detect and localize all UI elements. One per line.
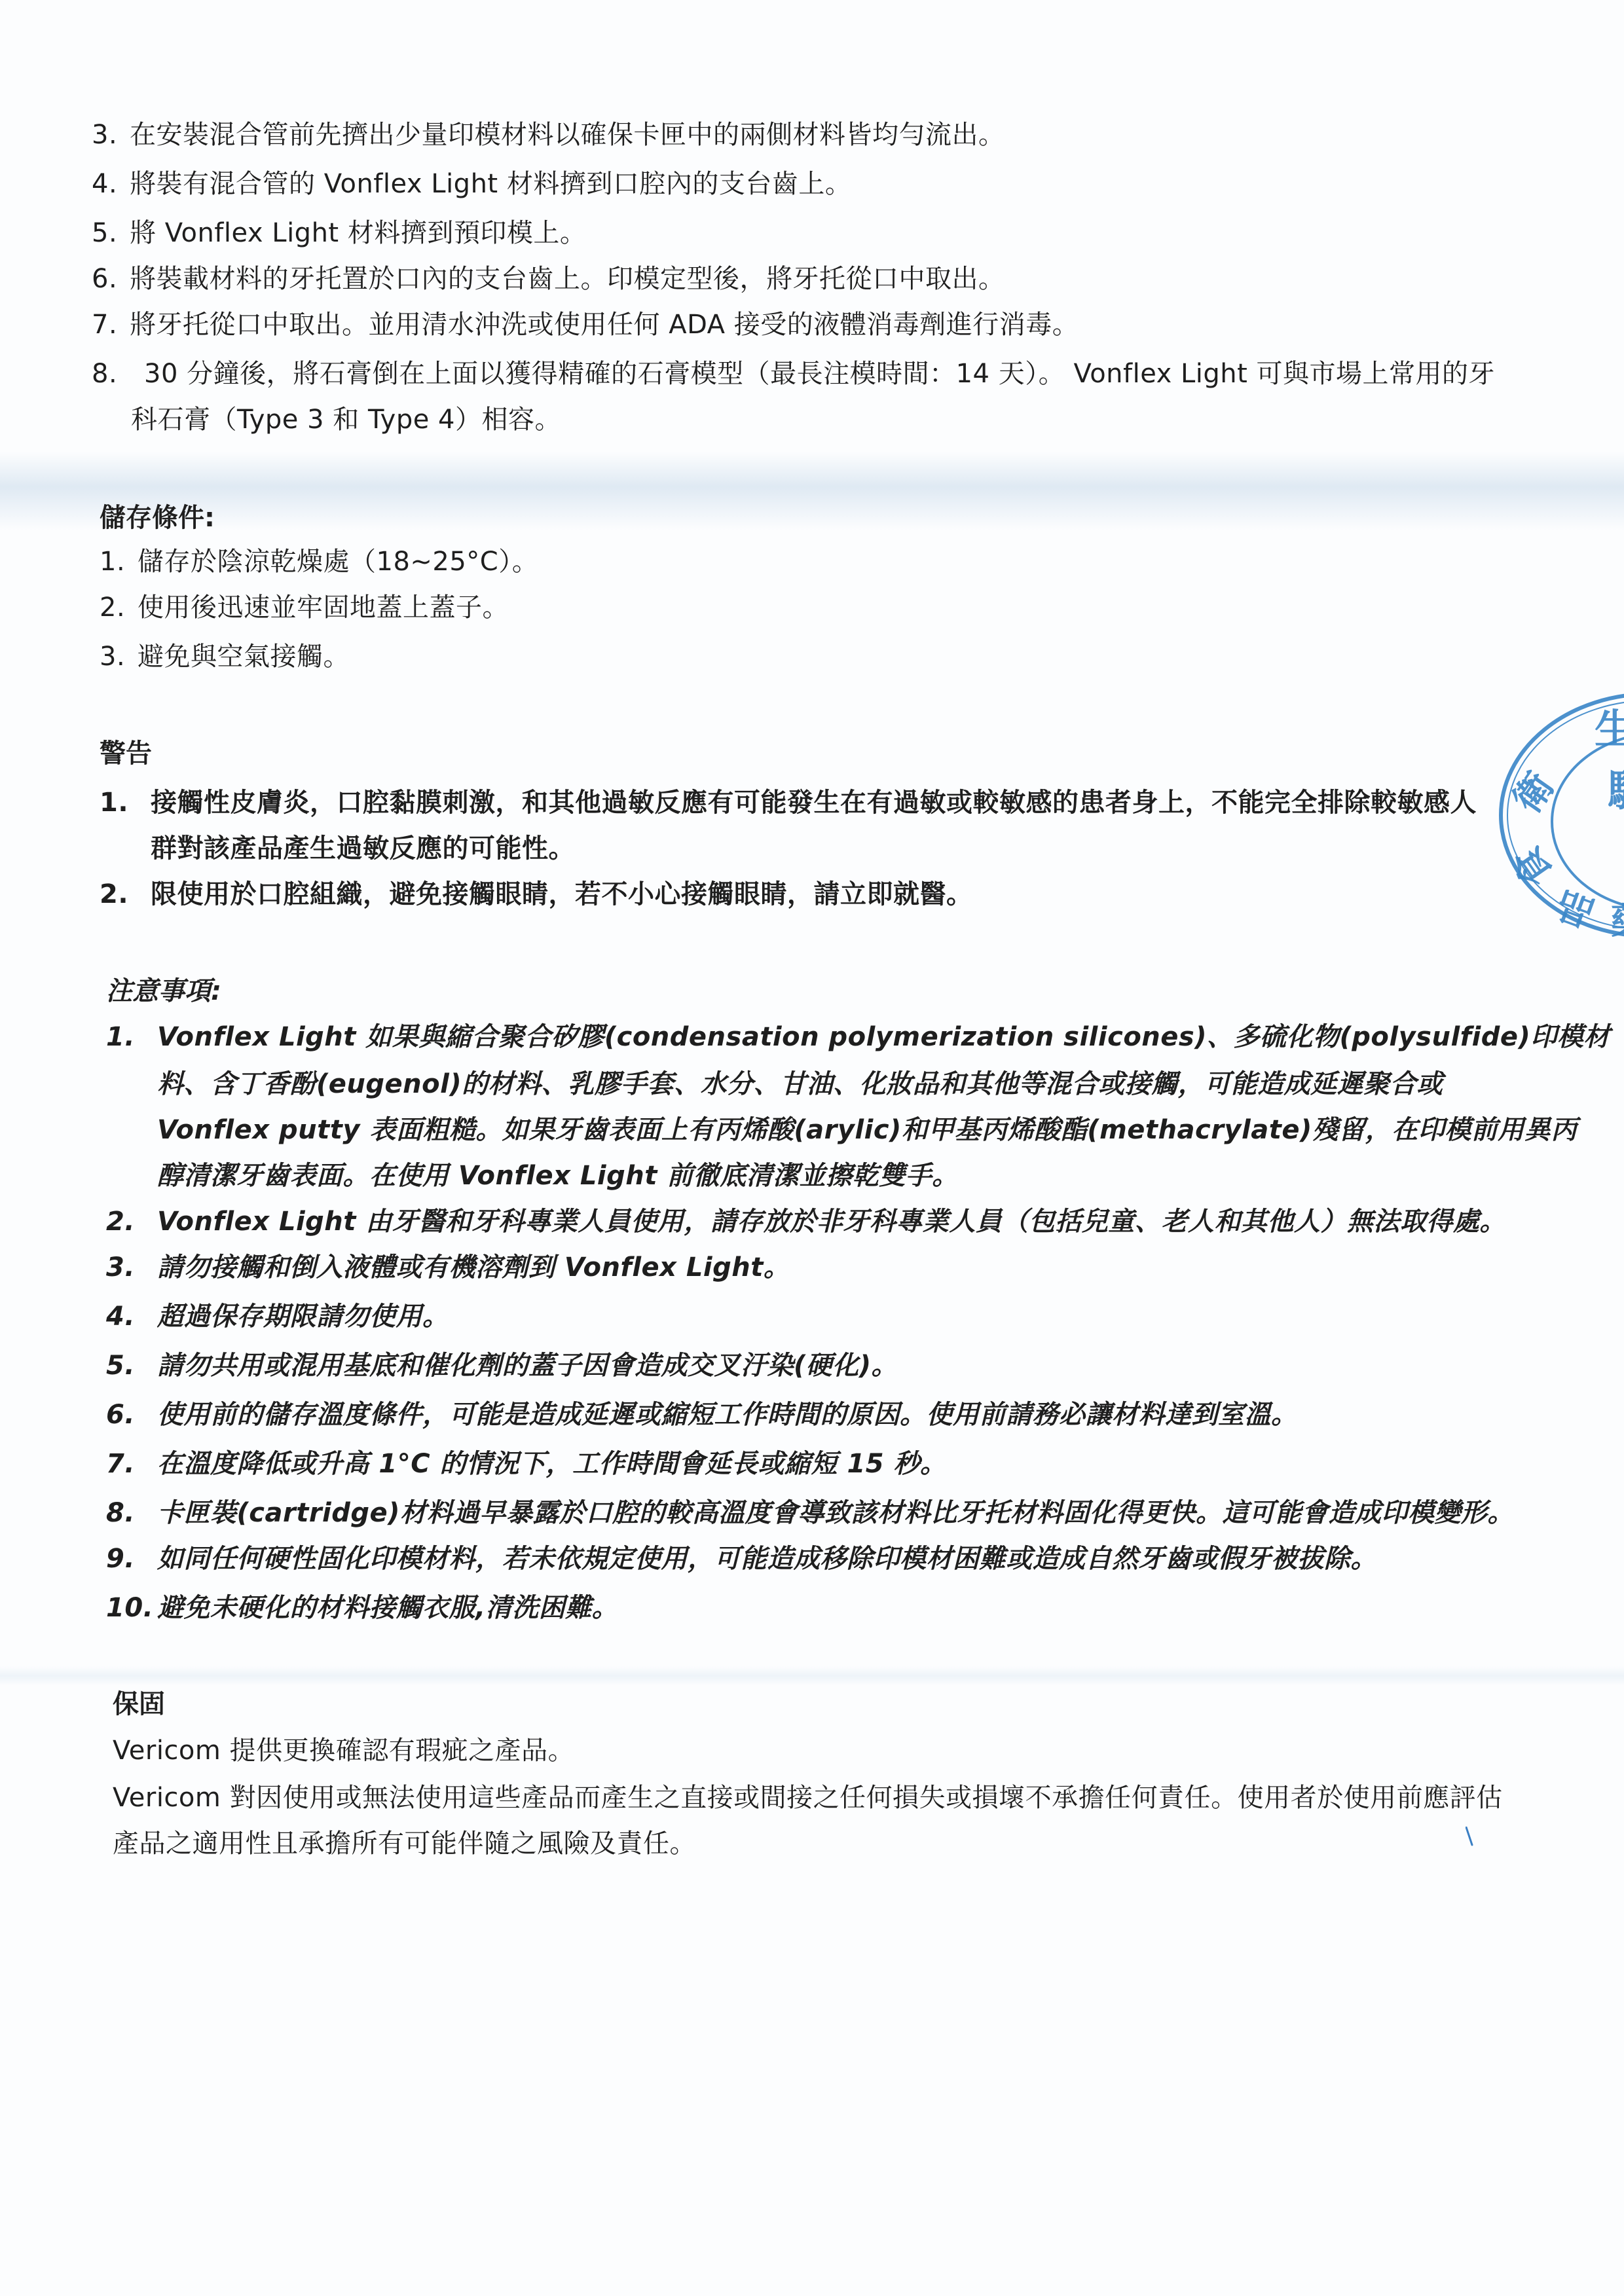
precaution-item: 9.如同任何硬性固化印模材料，若未依規定使用，可能造成移除印模材困難或造成自然牙… xyxy=(106,1542,1377,1576)
official-seal-stamp: 生 衛 食 品 藥 騐 xyxy=(1500,691,1624,939)
procedure-item: 5.將 Vonflex Light 材料擠到預印模上。 xyxy=(92,216,586,250)
precaution-item-continuation: 醇清潔牙齒表面。在使用 Vonflex Light 前徹底清潔並擦乾雙手。 xyxy=(157,1159,959,1193)
warranty-line: 產品之適用性且承擔所有可能伴隨之風險及責任。 xyxy=(113,1827,696,1861)
warning-item-continuation: 群對該產品產生過敏反應的可能性。 xyxy=(151,831,575,866)
warning-item: 2.限使用於口腔組織，避免接觸眼睛，若不小心接觸眼睛，請立即就醫。 xyxy=(100,877,973,911)
section-heading: 儲存條件: xyxy=(100,501,215,535)
seal-icon: 生 衛 食 品 藥 騐 xyxy=(1500,691,1624,939)
pen-mark xyxy=(1466,1827,1473,1846)
storage-item: 1.儲存於陰涼乾燥處（18~25°C）。 xyxy=(100,545,538,579)
procedure-item-continuation: 科石膏（Type 3 和 Type 4）相容。 xyxy=(131,403,561,437)
precaution-item-continuation: Vonflex putty 表面粗糙。如果牙齒表面上有丙烯酸(arylic)和甲… xyxy=(157,1113,1578,1147)
precaution-item: 1.Vonflex Light 如果與縮合聚合矽膠(condensation p… xyxy=(106,1020,1610,1054)
storage-item: 3.避免與空氣接觸。 xyxy=(100,640,350,674)
warranty-line: Vericom 提供更換確認有瑕疵之產品。 xyxy=(113,1734,574,1768)
precaution-item: 6.使用前的儲存溫度條件，可能是造成延遲或縮短工作時間的原因。使用前請務必讓材料… xyxy=(106,1398,1298,1432)
procedure-item: 4.將裝有混合管的 Vonflex Light 材料擠到口腔內的支台齒上。 xyxy=(92,167,851,201)
section-heading: 警告 xyxy=(100,737,152,771)
precaution-item: 4.超過保存期限請勿使用。 xyxy=(106,1300,449,1334)
precaution-item: 8.卡匣裝(cartridge)材料過早暴露於口腔的較高溫度會導致該材料比牙托材… xyxy=(106,1496,1514,1530)
storage-item: 2.使用後迅速並牢固地蓋上蓋子。 xyxy=(100,591,509,625)
svg-text:藥: 藥 xyxy=(1611,901,1624,943)
precaution-item: 10.避免未硬化的材料接觸衣服,清洗困難。 xyxy=(106,1591,618,1625)
procedure-item: 7.將牙托從口中取出。並用清水沖洗或使用任何 ADA 接受的液體消毒劑進行消毒。 xyxy=(92,308,1079,342)
procedure-item: 3.在安裝混合管前先擠出少量印模材料以確保卡匣中的兩側材料皆均勻流出。 xyxy=(92,118,1005,152)
section-heading: 保固 xyxy=(113,1687,165,1721)
warning-item: 1.接觸性皮膚炎，口腔黏膜刺激，和其他過敏反應有可能發生在有過敏或較敏感的患者身… xyxy=(100,786,1477,820)
precaution-item: 7.在溫度降低或升高 1°C 的情況下，工作時間會延長或縮短 15 秒。 xyxy=(106,1447,947,1481)
precaution-item: 2.Vonflex Light 由牙醫和牙科專業人員使用，請存放於非牙科專業人員… xyxy=(106,1205,1506,1239)
precaution-item: 3.請勿接觸和倒入液體或有機溶劑到 Vonflex Light。 xyxy=(106,1250,790,1285)
document-page: 3.在安裝混合管前先擠出少量印模材料以確保卡匣中的兩側材料皆均勻流出。 4.將裝… xyxy=(0,0,1624,2296)
precaution-item-continuation: 料、含丁香酚(eugenol)的材料、乳膠手套、水分、甘油、化妝品和其他等混合或… xyxy=(157,1067,1443,1101)
procedure-item: 8.30 分鐘後，將石膏倒在上面以獲得精確的石膏模型（最長注模時間：14 天）。… xyxy=(92,357,1495,391)
procedure-item: 6.將裝載材料的牙托置於口內的支台齒上。印模定型後，將牙托從口中取出。 xyxy=(92,262,1005,296)
warranty-line: Vericom 對因使用或無法使用這些產品而產生之直接或間接之任何損失或損壞不承… xyxy=(113,1781,1503,1815)
svg-text:生: 生 xyxy=(1595,705,1624,753)
precaution-item: 5.請勿共用或混用基底和催化劑的蓋子因會造成交叉汙染(硬化)。 xyxy=(106,1349,898,1383)
svg-text:衛: 衛 xyxy=(1505,764,1563,821)
section-heading: 注意事項: xyxy=(106,974,221,1008)
svg-text:騐: 騐 xyxy=(1607,765,1624,816)
